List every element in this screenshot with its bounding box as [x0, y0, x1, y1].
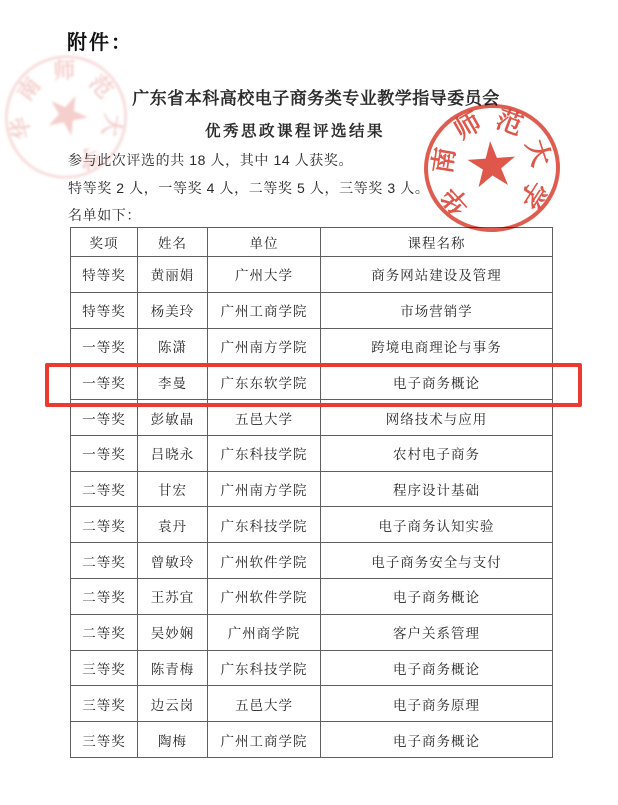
unit-cell: 广州软件学院 — [208, 543, 321, 579]
unit-cell: 广州大学 — [208, 257, 321, 293]
table-row: 二等奖曾敏玲广州软件学院电子商务安全与支付 — [71, 543, 553, 579]
table-row: 三等奖边云岗五邑大学电子商务原理 — [71, 686, 553, 722]
unit-cell: 广州南方学院 — [208, 471, 321, 507]
column-header: 姓名 — [138, 228, 208, 257]
faded-university-seal: ★ 华南师范大学 — [0, 36, 147, 199]
seal-star-icon: ★ — [462, 132, 522, 198]
course-cell: 电子商务安全与支付 — [321, 543, 553, 579]
name-cell: 陶梅 — [138, 722, 208, 758]
course-cell: 商务网站建设及管理 — [321, 257, 553, 293]
course-cell: 农村电子商务 — [321, 435, 553, 471]
intro-list-follows-line: 名单如下： — [68, 205, 141, 225]
unit-cell: 广东科技学院 — [208, 507, 321, 543]
table-row: 二等奖袁丹广东科技学院电子商务认知实验 — [71, 507, 553, 543]
award-cell: 特等奖 — [71, 292, 138, 328]
course-cell: 客户关系管理 — [321, 614, 553, 650]
seal-character: 学 — [515, 177, 551, 213]
course-cell: 电子商务认知实验 — [321, 507, 553, 543]
course-cell: 电子商务概论 — [321, 722, 553, 758]
name-cell: 吕晓永 — [138, 435, 208, 471]
award-cell: 二等奖 — [71, 507, 138, 543]
award-cell: 一等奖 — [71, 328, 138, 364]
name-cell: 黄丽娟 — [138, 257, 208, 293]
column-header: 奖项 — [71, 228, 138, 257]
award-cell: 特等奖 — [71, 257, 138, 293]
document-subtitle: 优秀思政课程评选结果 — [0, 119, 590, 141]
award-cell: 一等奖 — [71, 435, 138, 471]
seal-character: 南 — [429, 145, 459, 175]
course-cell: 电子商务原理 — [321, 686, 553, 722]
name-cell: 曾敏玲 — [138, 543, 208, 579]
award-cell: 三等奖 — [71, 722, 138, 758]
course-cell: 市场营销学 — [321, 292, 553, 328]
award-cell: 二等奖 — [71, 543, 138, 579]
award-cell: 三等奖 — [71, 686, 138, 722]
name-cell: 袁丹 — [138, 507, 208, 543]
intro-award-counts-line: 特等奖 2 人，一等奖 4 人，二等奖 5 人，三等奖 3 人。 — [68, 178, 429, 198]
table-row: 二等奖王苏宜广州软件学院电子商务概论 — [71, 579, 553, 615]
table-row: 三等奖陶梅广州工商学院电子商务概论 — [71, 722, 553, 758]
seal-character: 师 — [53, 60, 76, 83]
unit-cell: 广州南方学院 — [208, 328, 321, 364]
unit-cell: 广东科技学院 — [208, 650, 321, 686]
column-header: 课程名称 — [321, 228, 553, 257]
table-header-row: 奖项姓名单位课程名称 — [71, 228, 553, 257]
name-cell: 陈潇 — [138, 328, 208, 364]
column-header: 单位 — [208, 228, 321, 257]
unit-cell: 广东科技学院 — [208, 435, 321, 471]
highlight-annotation-box — [45, 363, 582, 407]
unit-cell: 广州工商学院 — [208, 292, 321, 328]
award-results-table: 奖项姓名单位课程名称 特等奖黄丽娟广州大学商务网站建设及管理特等奖杨美玲广州工商… — [70, 227, 553, 758]
intro-participants-line: 参与此次评选的共 18 人，其中 14 人获奖。 — [68, 150, 353, 170]
document-title: 广东省本科高校电子商务类专业教学指导委员会 — [14, 84, 618, 109]
name-cell: 吴妙娴 — [138, 614, 208, 650]
unit-cell: 五邑大学 — [208, 686, 321, 722]
unit-cell: 广州商学院 — [208, 614, 321, 650]
award-cell: 二等奖 — [71, 614, 138, 650]
name-cell: 边云岗 — [138, 686, 208, 722]
unit-cell: 广州工商学院 — [208, 722, 321, 758]
table-row: 二等奖甘宏广州南方学院程序设计基础 — [71, 471, 553, 507]
award-cell: 三等奖 — [71, 650, 138, 686]
seal-character: 华 — [437, 182, 474, 219]
table-row: 特等奖杨美玲广州工商学院市场营销学 — [71, 292, 553, 328]
attachment-label: 附件： — [67, 26, 133, 55]
name-cell: 杨美玲 — [138, 292, 208, 328]
table-row: 二等奖吴妙娴广州商学院客户关系管理 — [71, 614, 553, 650]
course-cell: 跨境电商理论与事务 — [321, 328, 553, 364]
name-cell: 陈青梅 — [138, 650, 208, 686]
name-cell: 甘宏 — [138, 471, 208, 507]
seal-character: 大 — [522, 136, 555, 169]
table-row: 三等奖陈青梅广东科技学院电子商务概论 — [71, 650, 553, 686]
table-row: 一等奖吕晓永广东科技学院农村电子商务 — [71, 435, 553, 471]
table-row: 特等奖黄丽娟广州大学商务网站建设及管理 — [71, 257, 553, 293]
table-row: 一等奖陈潇广州南方学院跨境电商理论与事务 — [71, 328, 553, 364]
name-cell: 王苏宜 — [138, 579, 208, 615]
course-cell: 电子商务概论 — [321, 650, 553, 686]
unit-cell: 广州软件学院 — [208, 579, 321, 615]
scanned-document-page: 附件： 广东省本科高校电子商务类专业教学指导委员会 优秀思政课程评选结果 参与此… — [0, 0, 618, 805]
award-cell: 二等奖 — [71, 579, 138, 615]
course-cell: 程序设计基础 — [321, 471, 553, 507]
award-cell: 二等奖 — [71, 471, 138, 507]
course-cell: 电子商务概论 — [321, 579, 553, 615]
